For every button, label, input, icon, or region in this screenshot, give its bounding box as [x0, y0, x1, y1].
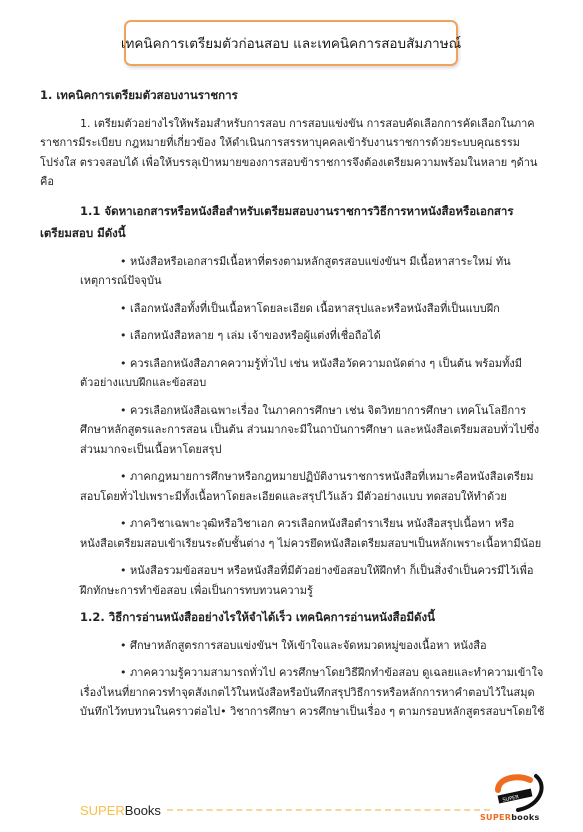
list-item: ภาคความรู้ความสามารถทั่วไป ควรศึกษาโดยวิ… — [80, 663, 545, 722]
list-item: ภาคกฎหมายการศึกษาหรือกฎหมายปฏิบัติงานราช… — [80, 467, 545, 506]
title-box: เทคนิคการเตรียมตัวก่อนสอบ และเทคนิคการสอ… — [124, 20, 458, 66]
page-title: เทคนิคการเตรียมตัวก่อนสอบ และเทคนิคการสอ… — [121, 32, 461, 54]
subsection-1-2-heading: 1.2. วิธีการอ่านหนังสืออย่างไรให้จำได้เร… — [40, 608, 545, 628]
superbooks-logo: SUPER SUPERbooks — [478, 772, 568, 828]
section-1-intro: 1. เตรียมตัวอย่างไรให้พร้อมสำหรับการสอบ … — [40, 114, 545, 192]
page-footer: SUPERBooks — [80, 800, 490, 820]
brand-books-text: Books — [125, 803, 161, 818]
logo-swoosh-icon: SUPER — [478, 772, 568, 814]
logo-wordmark: SUPERbooks — [480, 813, 540, 822]
list-item: ควรเลือกหนังสือเฉพาะเรื่อง ในภาคการศึกษา… — [80, 401, 545, 460]
list-item: เลือกหนังสือหลาย ๆ เล่ม เจ้าของหรือผู้แต… — [80, 326, 545, 346]
logo-super-text: SUPER — [480, 813, 511, 822]
list-item: เลือกหนังสือทั้งที่เป็นเนื้อหาโดยละเอียด… — [80, 299, 545, 319]
subsection-1-1-heading: 1.1 จัดหาเอกสารหรือหนังสือสำหรับเตรียมสอ… — [40, 200, 545, 244]
list-item: ควรเลือกหนังสือภาคความรู้ทั่วไป เช่น หนั… — [80, 354, 545, 393]
footer-dashed-divider — [167, 809, 490, 811]
footer-brand: SUPERBooks — [80, 803, 161, 818]
logo-books-text: books — [511, 813, 539, 822]
list-item: ภาควิชาเฉพาะวุฒิหรือวิชาเอก ควรเลือกหนัง… — [80, 514, 545, 553]
list-item: หนังสือรวมข้อสอบฯ หรือหนังสือที่มีตัวอย่… — [80, 561, 545, 600]
document-body: 1. เทคนิคการเตรียมตัวสอบงานราชการ 1. เตร… — [40, 86, 545, 730]
section-1-heading: 1. เทคนิคการเตรียมตัวสอบงานราชการ — [40, 86, 545, 106]
list-item: ศึกษาหลักสูตรการสอบแข่งขันฯ ให้เข้าใจและ… — [80, 636, 545, 656]
list-item: หนังสือหรือเอกสารมีเนื้อหาที่ตรงตามหลักส… — [80, 252, 545, 291]
brand-super-text: SUPER — [80, 803, 125, 818]
